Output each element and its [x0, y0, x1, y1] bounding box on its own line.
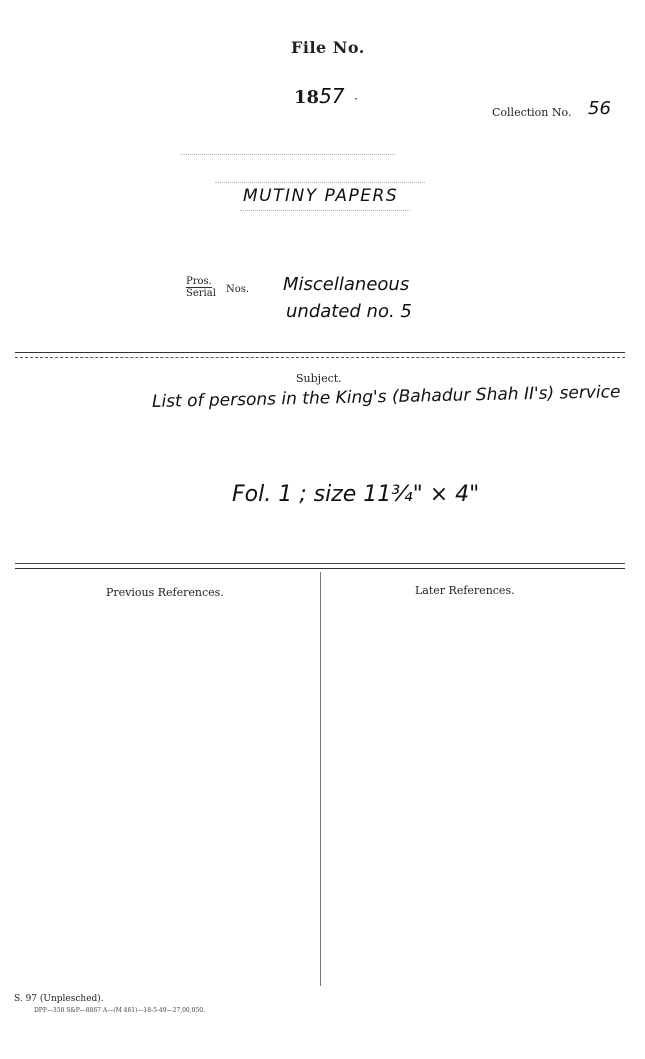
file-year-handwritten: 57 [319, 84, 344, 108]
subject-label: Subject. [296, 372, 342, 385]
stray-dot: · [354, 92, 358, 106]
dotted-guide-line [215, 182, 425, 183]
divider-rule [15, 352, 625, 353]
nos-value-line-2: undated no. 5 [286, 301, 412, 322]
file-no-label: File No. [291, 38, 365, 57]
column-divider [320, 572, 321, 986]
file-year: 1857 [294, 84, 345, 108]
nos-label: Nos. [226, 284, 249, 295]
divider-rule [15, 357, 625, 358]
subject-text: List of persons in the King's (Bahadur S… [152, 382, 621, 412]
later-references-label: Later References. [415, 584, 515, 597]
pros-label: Pros. [186, 276, 212, 288]
divider-rule [15, 563, 625, 564]
nos-value-line-1: Miscellaneous [283, 274, 409, 295]
dotted-guide-line [240, 210, 410, 211]
divider-rule [15, 568, 625, 569]
form-number: S. 97 (Unplesched). [14, 994, 104, 1004]
collection-label: Collection No. [492, 106, 571, 119]
collection-title: MUTINY PAPERS [243, 186, 398, 206]
previous-references-label: Previous References. [106, 586, 224, 599]
serial-label: Serial [186, 288, 216, 299]
folio-size-text: Fol. 1 ; size 11¾" × 4" [232, 482, 479, 507]
file-year-printed: 18 [294, 87, 319, 108]
printer-imprint: DPP—358 S&P—8867 A—(M 461)—18-5-49—27,00… [34, 1007, 205, 1014]
collection-value: 56 [588, 98, 611, 119]
dotted-guide-line [180, 154, 395, 155]
pros-serial-label: Pros. Serial [186, 276, 216, 299]
